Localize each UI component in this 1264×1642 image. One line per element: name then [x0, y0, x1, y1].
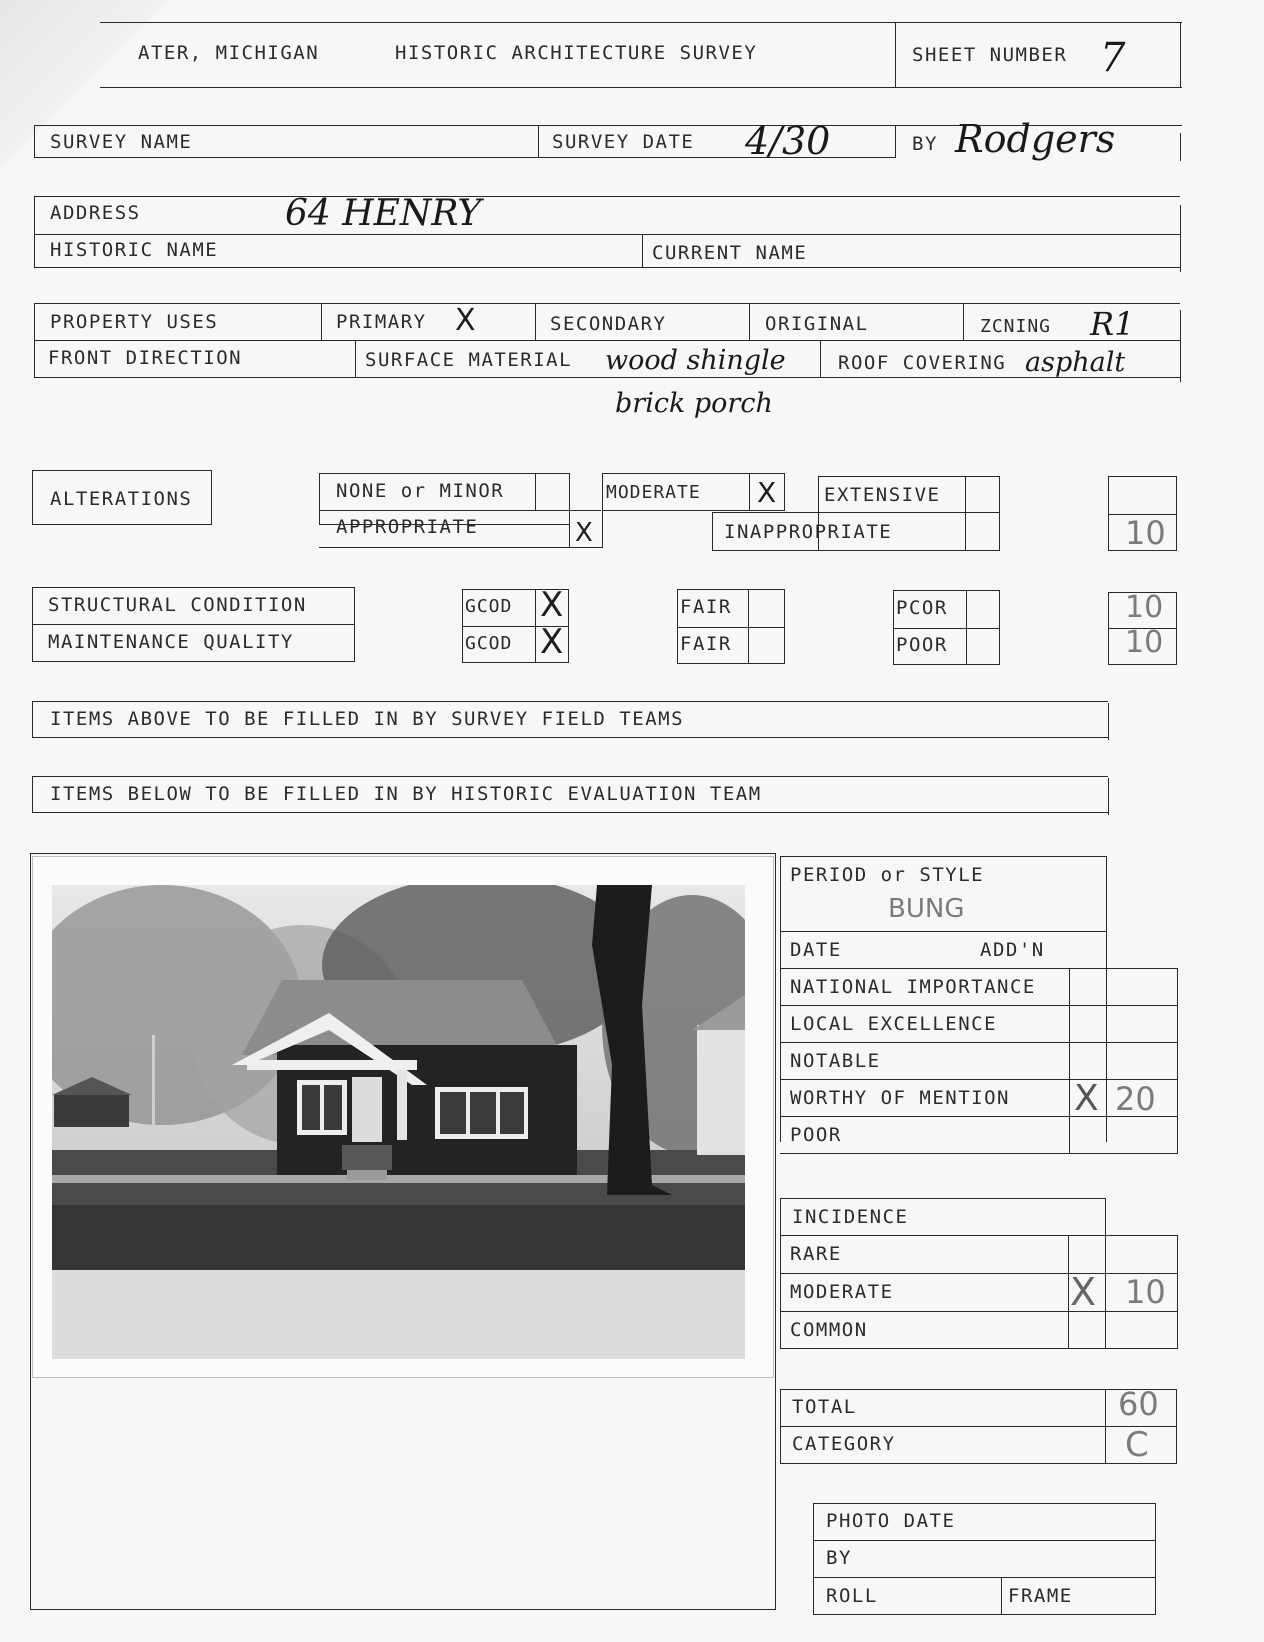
current-name-label: CURRENT NAME	[652, 244, 807, 263]
structural-good-checkbox[interactable]: X	[540, 588, 563, 622]
eval-row-worthy[interactable]: WORTHY OF MENTION X 20	[780, 1079, 1177, 1116]
alterations-score[interactable]: 10	[1125, 517, 1166, 549]
note-below-text: ITEMS BELOW TO BE FILLED IN BY HISTORIC …	[50, 785, 762, 804]
incidence-row-rare[interactable]: RARE	[780, 1235, 1177, 1273]
category-field[interactable]: C	[1125, 1428, 1149, 1462]
zoning-label: ZCNING	[980, 318, 1051, 336]
appropriate-label: APPROPRIATE	[336, 518, 478, 537]
moderate-checkbox[interactable]: X	[757, 479, 776, 507]
historic-name-label: HISTORIC NAME	[50, 241, 218, 260]
form-title: HISTORIC ARCHITECTURE SURVEY	[395, 44, 757, 63]
worthy-score: 20	[1115, 1083, 1156, 1115]
incidence-row-label: MODERATE	[790, 1283, 894, 1302]
roof-covering-label: ROOF COVERING	[838, 354, 1006, 373]
survey-date-label: SURVEY DATE	[552, 133, 694, 152]
front-direction-label: FRONT DIRECTION	[48, 349, 242, 368]
house-photo-image	[52, 885, 745, 1359]
surface-material-label: SURFACE MATERIAL	[365, 351, 572, 370]
date-label: DATE	[790, 941, 842, 960]
sheet-number-field[interactable]: 7	[1100, 38, 1125, 78]
total-field[interactable]: 60	[1118, 1388, 1159, 1420]
none-minor-label: NONE or MINOR	[336, 482, 504, 501]
structural-condition-label: STRUCTURAL CONDITION	[48, 596, 307, 615]
surface-material-field[interactable]: wood shingle	[605, 347, 786, 374]
alterations-label: ALTERATIONS	[50, 490, 192, 509]
structural-fair-label: FAIR	[680, 598, 732, 617]
primary-label: PRIMARY	[336, 313, 427, 332]
photo-by-label: BY	[826, 1549, 852, 1568]
maintenance-good-checkbox[interactable]: X	[540, 625, 563, 659]
survey-by-label: BY	[912, 135, 938, 154]
worthy-mark: X	[1074, 1081, 1099, 1117]
structural-poor-label: PCOR	[896, 599, 948, 618]
moderate-label: MODERATE	[606, 484, 701, 502]
address-field[interactable]: 64 HENRY	[285, 196, 481, 232]
eval-row-label: LOCAL EXCELLENCE	[790, 1015, 997, 1034]
incidence-row-moderate[interactable]: MODERATE X 10	[780, 1273, 1177, 1311]
roof-covering-field[interactable]: asphalt	[1025, 349, 1125, 376]
photo-date-label: PHOTO DATE	[826, 1512, 955, 1531]
sheet-number-label: SHEET NUMBER	[912, 46, 1067, 65]
appropriate-checkbox[interactable]: X	[575, 520, 593, 546]
address-label: ADDRESS	[50, 204, 141, 223]
category-label: CATEGORY	[792, 1435, 896, 1454]
extensive-label: EXTENSIVE	[824, 486, 940, 505]
secondary-label: SECONDARY	[550, 315, 666, 334]
maintenance-good-label: GCOD	[465, 635, 512, 653]
period-style-label: PERIOD or STYLE	[790, 866, 984, 885]
primary-checkbox[interactable]: X	[455, 306, 476, 336]
house-photo	[52, 885, 745, 1359]
city-label: ATER, MICHIGAN	[138, 44, 319, 63]
survey-by-field[interactable]: Rodgers	[955, 120, 1115, 158]
period-style-field[interactable]: BUNG	[888, 896, 964, 922]
incidence-row-common[interactable]: COMMON	[780, 1311, 1177, 1348]
eval-row-label: NATIONAL IMPORTANCE	[790, 978, 1036, 997]
addn-label: ADD'N	[980, 941, 1045, 960]
eval-row-notable[interactable]: NOTABLE	[780, 1042, 1177, 1079]
eval-row-local[interactable]: LOCAL EXCELLENCE	[780, 1005, 1177, 1042]
eval-row-label: NOTABLE	[790, 1052, 881, 1071]
incidence-label: INCIDENCE	[792, 1208, 908, 1227]
inappropriate-label: INAPPROPRIATE	[724, 523, 892, 542]
survey-name-label: SURVEY NAME	[50, 133, 192, 152]
maintenance-fair-label: FAIR	[680, 635, 732, 654]
property-uses-label: PROPERTY USES	[50, 313, 218, 332]
zoning-field[interactable]: R1	[1090, 308, 1134, 340]
roll-label: ROLL	[826, 1587, 878, 1606]
structural-good-label: GCOD	[465, 598, 512, 616]
eval-row-poor[interactable]: POOR	[780, 1116, 1177, 1153]
survey-date-field[interactable]: 4/30	[745, 122, 830, 160]
moderate-incidence-mark: X	[1070, 1273, 1096, 1311]
moderate-incidence-score: 10	[1125, 1276, 1166, 1308]
eval-row-label: WORTHY OF MENTION	[790, 1089, 1010, 1108]
incidence-row-label: RARE	[790, 1245, 842, 1264]
maintenance-poor-label: POOR	[896, 636, 948, 655]
maintenance-score[interactable]: 10	[1125, 628, 1163, 658]
frame-label: FRAME	[1008, 1587, 1073, 1606]
eval-row-label: POOR	[790, 1126, 842, 1145]
note-above-text: ITEMS ABOVE TO BE FILLED IN BY SURVEY FI…	[50, 710, 684, 729]
original-label: ORIGINAL	[765, 315, 869, 334]
incidence-row-label: COMMON	[790, 1321, 868, 1340]
eval-row-national[interactable]: NATIONAL IMPORTANCE	[780, 968, 1177, 1005]
surface-material-field-2[interactable]: brick porch	[615, 390, 773, 417]
total-label: TOTAL	[792, 1398, 857, 1417]
structural-score[interactable]: 10	[1125, 593, 1163, 623]
maintenance-quality-label: MAINTENANCE QUALITY	[48, 633, 294, 652]
